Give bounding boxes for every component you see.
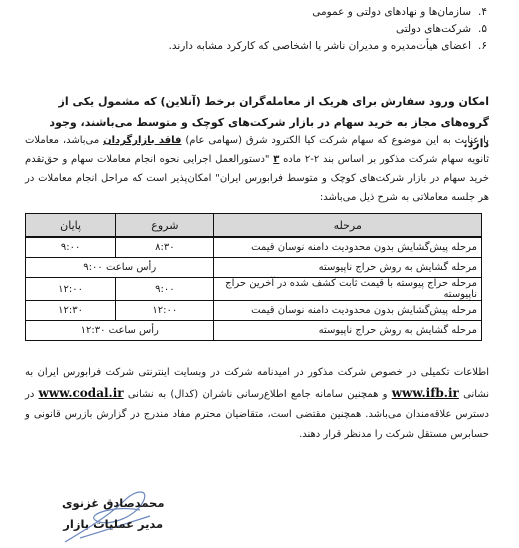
table-row: مرحله پیش‌گشایش بدون محدودیت دامنه نوسان… — [26, 301, 482, 321]
end-cell: ۱۲:۳۰ — [26, 301, 116, 321]
end-cell: ۱۲:۰۰ — [26, 278, 116, 301]
paragraph-text: با عنایت به این موضوع که سهام شرکت کیا ا… — [181, 135, 489, 146]
stage-cell: مرحله پیش‌گشایش بدون محدودیت دامنه نوسان… — [214, 237, 482, 258]
signature-block: محمدصادق غزنوی مدیر عملیات بازار — [62, 493, 164, 535]
eligible-groups-list: ۴. سازمان‌ها و نهادهای دولتی و عمومی ۵. … — [67, 4, 487, 55]
table-row: مرحله پیش‌گشایش بدون محدودیت دامنه نوسان… — [26, 237, 482, 258]
start-cell: ۸:۳۰ — [116, 237, 214, 258]
time-merged-cell: رأس ساعت ۱۲:۳۰ — [26, 321, 214, 341]
table-row: مرحله گشایش به روش حراج ناپیوسته رأس ساع… — [26, 321, 482, 341]
end-cell: ۹:۰۰ — [26, 237, 116, 258]
signatory-title: مدیر عملیات بازار — [62, 514, 164, 535]
document-page: ۴. سازمان‌ها و نهادهای دولتی و عمومی ۵. … — [0, 0, 519, 548]
no-market-maker-emphasis: فاقد بازارگردان — [103, 135, 181, 146]
start-cell: ۱۲:۰۰ — [116, 301, 214, 321]
column-header-stage: مرحله — [214, 214, 482, 238]
list-item-number: ۴. — [477, 4, 487, 21]
trading-paragraph: با عنایت به این موضوع که سهام شرکت کیا ا… — [25, 131, 489, 207]
trading-stages-table: مرحله شروع پایان مرحله پیش‌گشایش بدون مح… — [25, 213, 482, 341]
list-item: ۴. سازمان‌ها و نهادهای دولتی و عمومی — [67, 4, 487, 21]
list-item: ۵. شرکت‌های دولتی — [67, 21, 487, 38]
signatory-name: محمدصادق غزنوی — [62, 493, 164, 514]
table-header-row: مرحله شروع پایان — [26, 214, 482, 238]
codal-website-link[interactable]: www.codal.ir — [39, 386, 124, 400]
time-merged-cell: رأس ساعت ۹:۰۰ — [26, 258, 214, 278]
table-row: مرحله گشایش به روش حراج ناپیوسته رأس ساع… — [26, 258, 482, 278]
stage-cell: مرحله گشایش به روش حراج ناپیوسته — [214, 258, 482, 278]
start-cell: ۹:۰۰ — [116, 278, 214, 301]
stage-cell: مرحله حراج پیوسته با قیمت ثابت کشف شده د… — [214, 278, 482, 301]
list-item-text: اعضای هیأت‌مدیره و مدیران ناشر یا اشخاصی… — [168, 38, 471, 55]
additional-info-paragraph: اطلاعات تکمیلی در خصوص شرکت مذکور در امی… — [25, 363, 489, 445]
column-header-start: شروع — [116, 214, 214, 238]
paragraph-text: و همچنین سامانه جامع اطلاع‌رسانی ناشران … — [124, 389, 392, 400]
list-item-number: ۵. — [477, 21, 487, 38]
list-item: ۶. اعضای هیأت‌مدیره و مدیران ناشر یا اشخ… — [67, 38, 487, 55]
table-row: مرحله حراج پیوسته با قیمت ثابت کشف شده د… — [26, 278, 482, 301]
stage-cell: مرحله پیش‌گشایش بدون محدودیت دامنه نوسان… — [214, 301, 482, 321]
list-item-text: شرکت‌های دولتی — [396, 21, 471, 38]
list-item-text: سازمان‌ها و نهادهای دولتی و عمومی — [312, 4, 471, 21]
list-item-number: ۶. — [477, 38, 487, 55]
column-header-end: پایان — [26, 214, 116, 238]
stage-cell: مرحله گشایش به روش حراج ناپیوسته — [214, 321, 482, 341]
ifb-website-link[interactable]: www.ifb.ir — [392, 386, 459, 400]
